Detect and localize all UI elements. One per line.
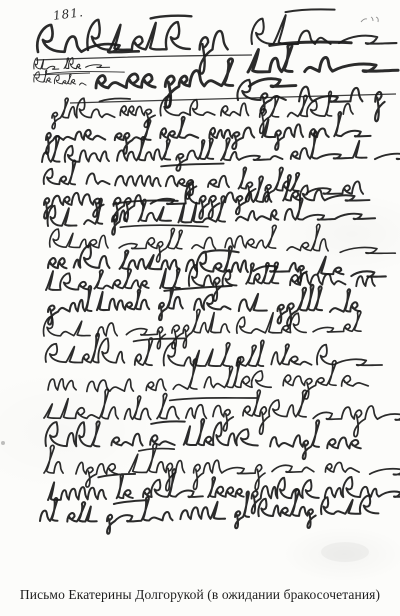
handwriting-line-3: [41, 128, 400, 173]
handwriting-svg: [0, 0, 400, 616]
ink-fleck: [1, 441, 5, 445]
scanned-letter-page: 181. Письмо Екатерины Долгорукой (в ожид…: [0, 0, 400, 616]
handwriting-line-1: [52, 91, 353, 136]
handwriting-line-16: [44, 443, 400, 492]
heading-stroke-date-new-style: [248, 41, 399, 73]
handwriting-line-2: [46, 112, 371, 155]
handwriting-line-15: [45, 418, 361, 460]
caption: Письмо Екатерины Долгорукой (в ожидании …: [0, 587, 400, 603]
heading-stroke-date-old-style: [251, 9, 396, 44]
paper-smudge: [321, 542, 369, 562]
handwriting-line-11: [43, 308, 361, 350]
corner-mark: [361, 17, 378, 22]
handwriting-strokes: [34, 9, 400, 534]
heading-stroke-year-time: [96, 58, 297, 109]
date-note-underline: [33, 73, 90, 75]
